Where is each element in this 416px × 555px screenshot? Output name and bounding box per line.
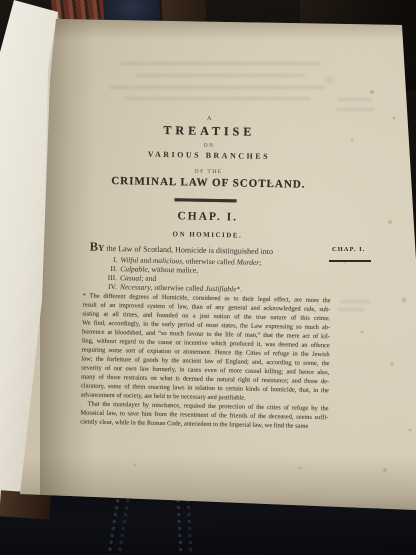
homicide-list: I.Wilful and malicious, otherwise called… <box>97 255 338 296</box>
show-through-smudge <box>338 308 364 311</box>
show-through-smudge <box>338 98 372 101</box>
book-photo: A TREATISE ON VARIOUS BRANCHES OF THE CR… <box>0 0 416 555</box>
book-page: A TREATISE ON VARIOUS BRANCHES OF THE CR… <box>0 0 416 555</box>
footnote-paragraph-1: * The different degrees of Homicide, con… <box>81 291 331 404</box>
show-through-smudge <box>120 62 320 65</box>
shoulder-note-rule <box>329 260 371 262</box>
footnote-paragraph-2: That the manslayer by mischance, require… <box>80 399 328 431</box>
show-through-smudge <box>110 86 325 89</box>
show-through-smudge <box>135 74 305 77</box>
show-through-smudge <box>336 108 374 111</box>
show-through-smudge <box>125 97 310 100</box>
show-through-smudge <box>340 300 370 303</box>
shoulder-note-chapter: CHAP. I. <box>332 246 376 253</box>
